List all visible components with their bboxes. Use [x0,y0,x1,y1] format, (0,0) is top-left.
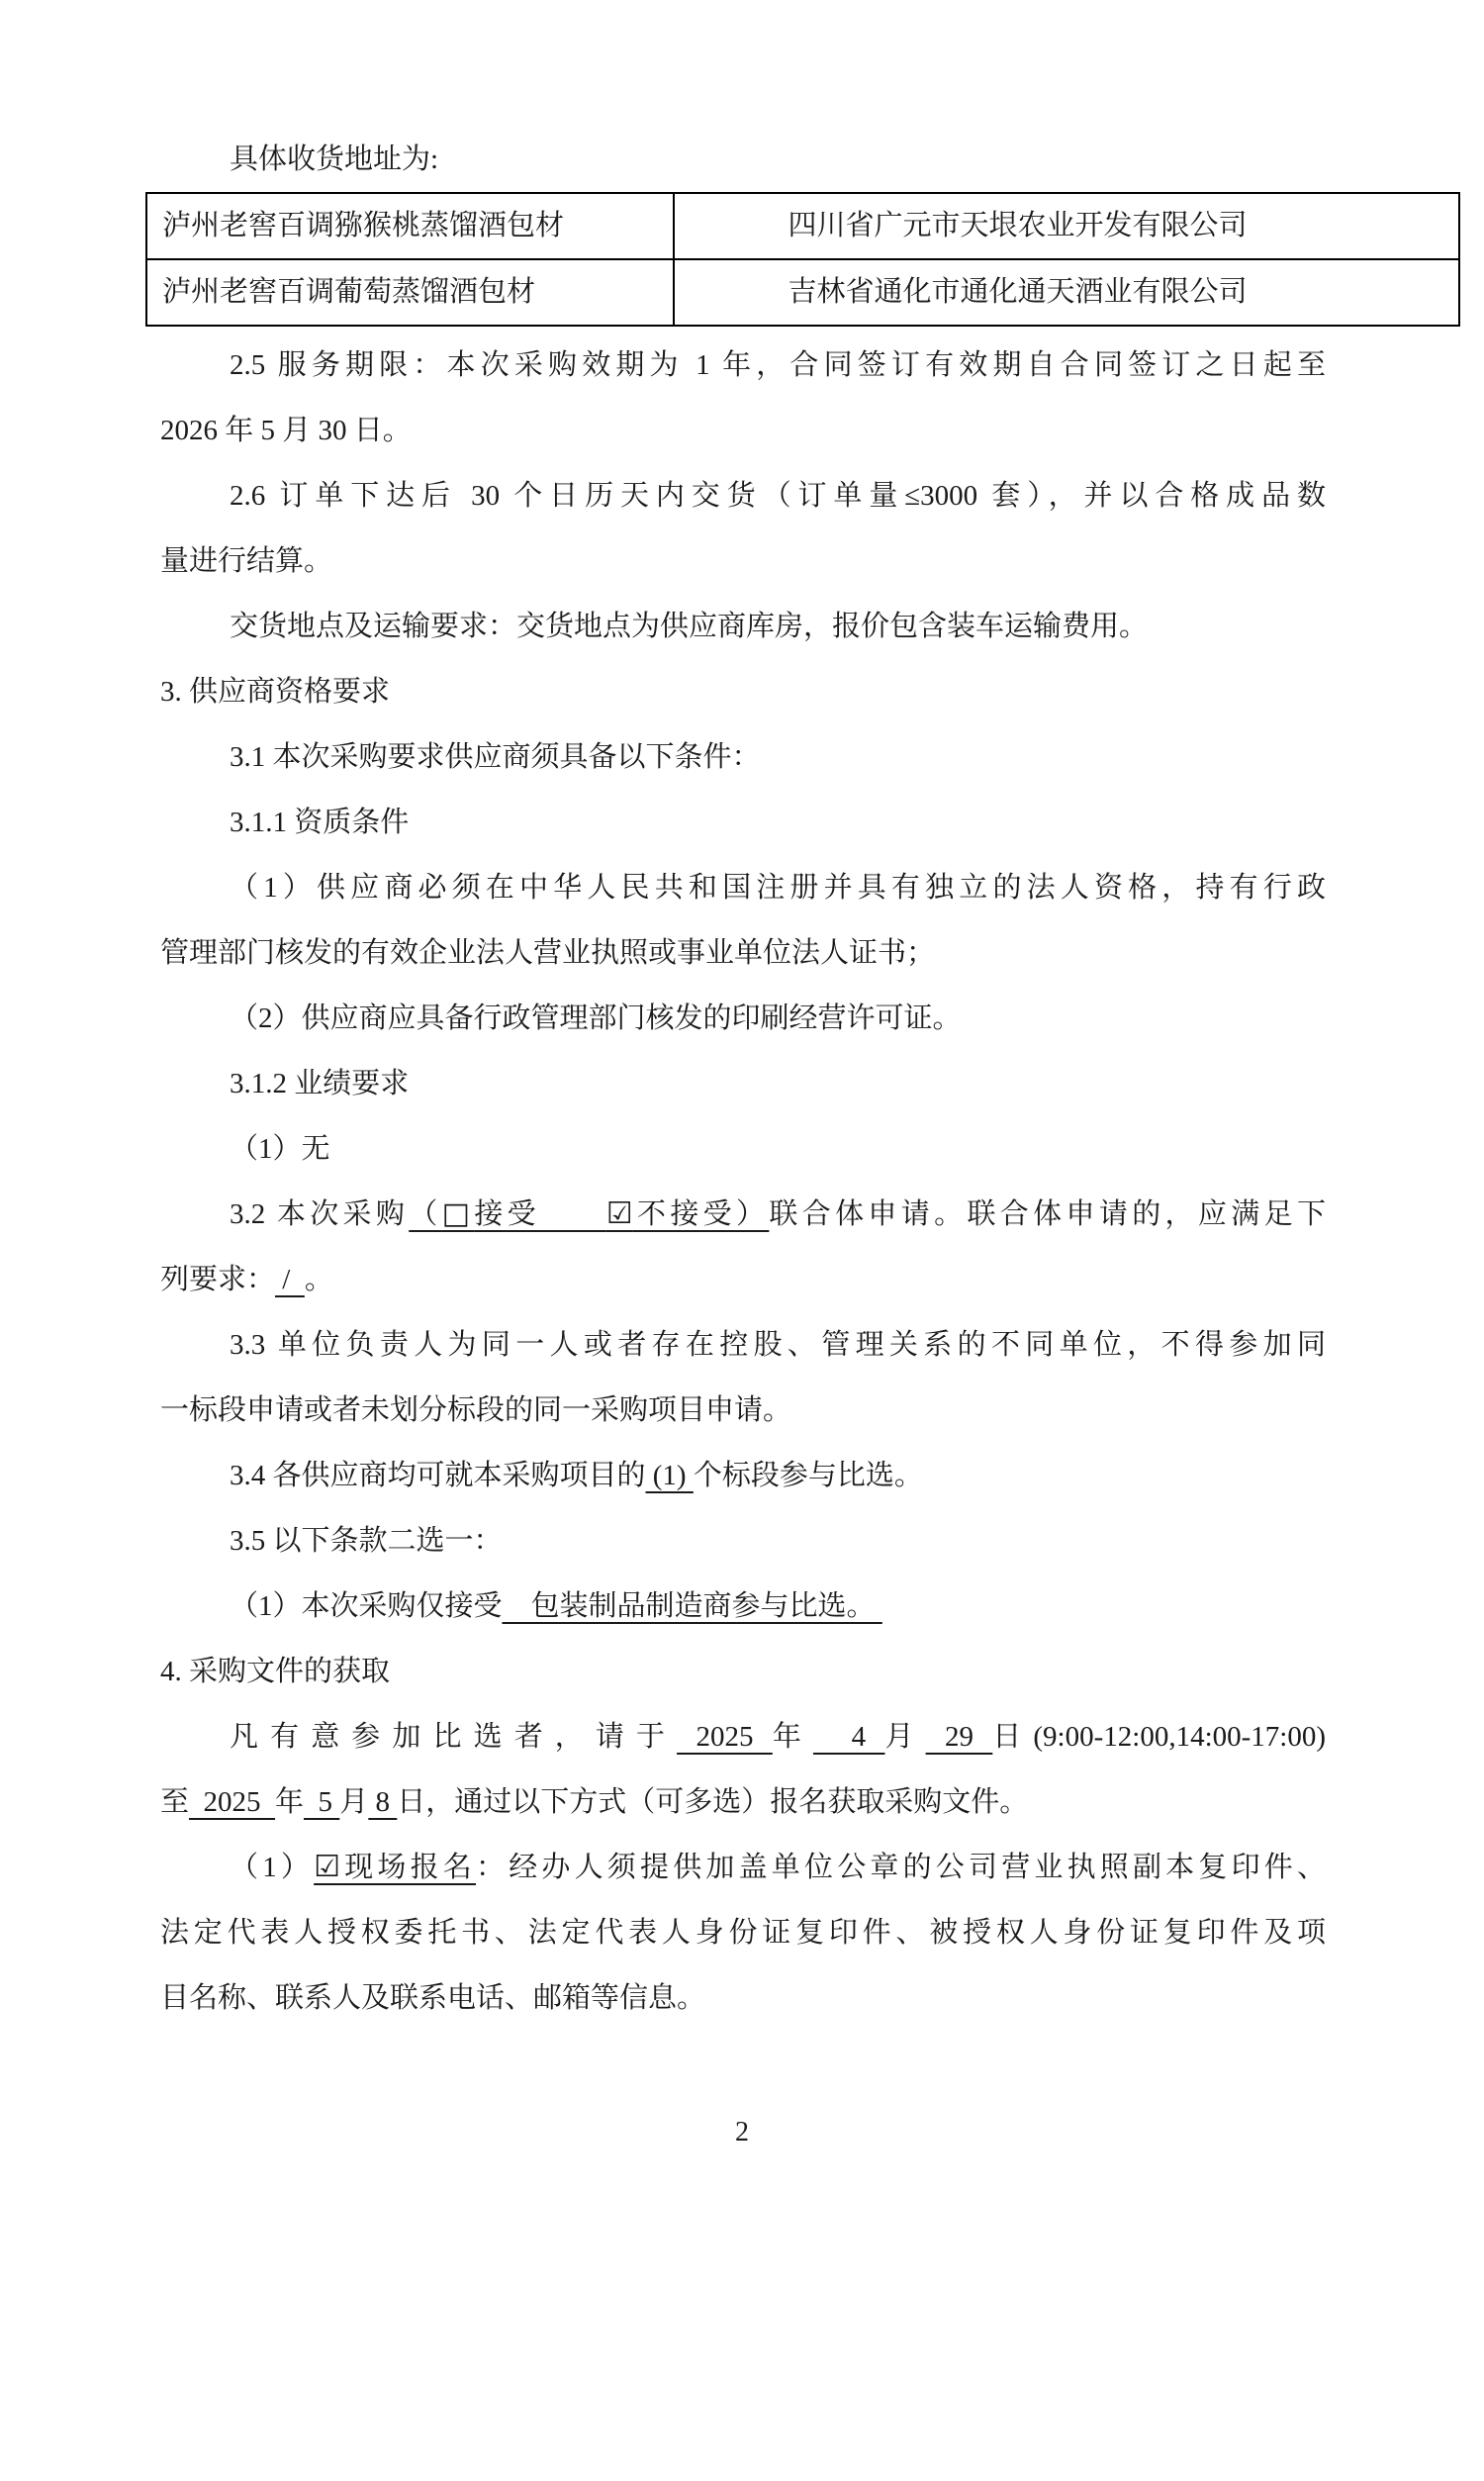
checkbox-checked-icon: ☑ [606,1196,633,1231]
section-title-text: 3. 供应商资格要求 [160,676,390,708]
section-4-title: 4. 采购文件的获取 [160,1639,1326,1704]
paragraph-3-2-line-2: 列要求： / 。 [160,1247,1326,1312]
paragraph-registration-line-2: 至 2025 年 5 月 8 日，通过以下方式（可多选）报名获取采购文件。 [160,1769,1326,1835]
manufacturer-only-underlined: 包装制品制造商参与比选。 [503,1590,882,1622]
paragraph-3-3-line-1: 3.3 单位负责人为同一人或者存在控股、管理关系的不同单位，不得参加同 [160,1312,1326,1378]
page-number: 2 [0,2100,1484,2165]
paragraph-text: 个标段参与比选。 [694,1460,923,1491]
paragraph-text: 一标段申请或者未划分标段的同一采购项目申请。 [160,1394,791,1426]
document-body: 具体收货地址为: 泸州老窖百调猕猴桃蒸馏酒包材 四川省广元市天垠农业开发有限公司… [160,127,1326,2031]
delivery-address-table: 泸州老窖百调猕猴桃蒸馏酒包材 四川省广元市天垠农业开发有限公司 泸州老窖百调葡萄… [145,192,1460,327]
paragraph-text: 3.5 以下条款二选一： [230,1525,503,1557]
paragraph-3-1-2: 3.1.2 业绩要求 [160,1051,1326,1116]
paragraph-text: （1）无 [230,1133,330,1165]
table-cell-material: 泸州老窖百调葡萄蒸馏酒包材 [146,259,674,326]
section-title-text: 4. 采购文件的获取 [160,1656,390,1687]
day-blank-underlined: 29 [926,1721,993,1753]
paragraph-3-4: 3.4 各供应商均可就本采购项目的 (1) 个标段参与比选。 [160,1443,1326,1508]
paragraph-text: 联合体申请。联合体申请的，应满足下 [769,1198,1326,1230]
paragraph-text: 2.5 服务期限：本次采购效期为 1 年，合同签订有效期自合同签订之日起至 [230,349,1326,381]
option-gap [540,1198,606,1230]
paragraph-3-5-option-1: （1）本次采购仅接受 包装制品制造商参与比选。 [160,1574,1326,1639]
paragraph-text: 凡有意参加比选者，请于 [230,1721,677,1753]
paragraph-delivery: 交货地点及运输要求：交货地点为供应商库房，报价包含装车运输费用。 [160,594,1326,659]
paragraph-onsite-line-3: 目名称、联系人及联系电话、邮箱等信息。 [160,1965,1326,2031]
paragraph-text: 目名称、联系人及联系电话、邮箱等信息。 [160,1982,705,2014]
checkbox-unchecked-icon: □ [442,1196,475,1231]
paragraph-text: 3.1.1 资质条件 [230,807,409,838]
day-blank-underlined: 8 [368,1786,397,1818]
section-3-title: 3. 供应商资格要求 [160,659,1326,724]
month-label: 月 [339,1786,368,1818]
paragraph-text: 3.3 单位负责人为同一人或者存在控股、管理关系的不同单位，不得参加同 [230,1329,1326,1361]
paragraph-text: 交货地点及运输要求：交货地点为供应商库房，报价包含装车运输费用。 [230,611,1148,642]
paragraph-performance-none: （1）无 [160,1116,1326,1182]
paren-open: （ [409,1198,441,1230]
table-row: 泸州老窖百调葡萄蒸馏酒包材 吉林省通化市通化通天酒业有限公司 [146,259,1459,326]
lot-count-underlined: (1) [646,1460,694,1491]
paragraph-qualification-1-line-2: 管理部门核发的有效企业法人营业执照或事业单位法人证书； [160,920,1326,986]
paragraph-text: （1）供应商必须在中华人民共和国注册并具有独立的法人资格，持有行政 [230,872,1326,904]
paragraph-text: 法定代表人授权委托书、法定代表人身份证复印件、被授权人身份证复印件及项 [160,1917,1326,1949]
table-cell-material: 泸州老窖百调猕猴桃蒸馏酒包材 [146,193,674,259]
onsite-option-underlined: ☑现场报名 [314,1852,476,1883]
paragraph-onsite-line-2: 法定代表人授权委托书、法定代表人身份证复印件、被授权人身份证复印件及项 [160,1900,1326,1965]
month-label: 月 [884,1721,925,1753]
acceptance-options-underlined: （□接受 ☑不接受） [409,1198,769,1230]
checkbox-checked-icon: ☑ [314,1850,340,1884]
month-blank-underlined: 4 [813,1721,885,1753]
table-row: 泸州老窖百调猕猴桃蒸馏酒包材 四川省广元市天垠农业开发有限公司 [146,193,1459,259]
paragraph-3-2-line-1: 3.2 本次采购（□接受 ☑不接受）联合体申请。联合体申请的，应满足下 [160,1182,1326,1247]
paragraph-qualification-1-line-1: （1）供应商必须在中华人民共和国注册并具有独立的法人资格，持有行政 [160,855,1326,920]
paragraph-text: 3.1.2 业绩要求 [230,1068,409,1099]
paragraph-2-6-line-1: 2.6 订单下达后 30 个日历天内交货（订单量≤3000 套），并以合格成品数 [160,463,1326,528]
intro-heading: 具体收货地址为: [160,127,1326,192]
paragraph-text: 2.6 订单下达后 30 个日历天内交货（订单量≤3000 套），并以合格成品数 [230,480,1326,512]
blank-slash-underlined: / [275,1264,305,1295]
onsite-option-label: 现场报名 [340,1852,476,1883]
table-cell-company: 吉林省通化市通化通天酒业有限公司 [674,259,1459,326]
paragraph-text: 日(9:00-12:00,14:00-17:00) [992,1721,1326,1753]
paragraph-text: 量进行结算。 [160,545,332,577]
paragraph-3-3-line-2: 一标段申请或者未划分标段的同一采购项目申请。 [160,1378,1326,1443]
table-cell-company: 四川省广元市天垠农业开发有限公司 [674,193,1459,259]
year-label: 年 [275,1786,304,1818]
paragraph-text: 至 [160,1786,189,1818]
paragraph-2-5-line-2: 2026 年 5 月 30 日。 [160,398,1326,463]
month-blank-underlined: 5 [304,1786,339,1818]
paragraph-text: ：经办人须提供加盖单位公章的公司营业执照副本复印件、 [476,1852,1326,1883]
year-label: 年 [773,1721,813,1753]
reject-option-label: 不接受） [633,1198,770,1230]
paragraph-text: （1）本次采购仅接受 [230,1590,503,1622]
paragraph-onsite-line-1: （1）☑现场报名：经办人须提供加盖单位公章的公司营业执照副本复印件、 [160,1835,1326,1900]
paragraph-text: 3.4 各供应商均可就本采购项目的 [230,1460,646,1491]
paragraph-2-5-line-1: 2.5 服务期限：本次采购效期为 1 年，合同签订有效期自合同签订之日起至 [160,333,1326,398]
paragraph-3-1-1: 3.1.1 资质条件 [160,790,1326,855]
year-blank-underlined: 2025 [189,1786,275,1818]
paragraph-text: 3.1 本次采购要求供应商须具备以下条件： [230,741,761,773]
paragraph-text: 。 [305,1264,333,1295]
paragraph-text: 列要求： [160,1264,275,1295]
paragraph-3-5: 3.5 以下条款二选一： [160,1508,1326,1574]
accept-option-label: 接受 [474,1198,540,1230]
intro-heading-text: 具体收货地址为: [230,143,438,175]
paragraph-text: （2）供应商应具备行政管理部门核发的印刷经营许可证。 [230,1002,962,1034]
paragraph-2-6-line-2: 量进行结算。 [160,528,1326,594]
paragraph-3-1: 3.1 本次采购要求供应商须具备以下条件： [160,724,1326,790]
paragraph-text: （1） [230,1852,314,1883]
paragraph-registration-line-1: 凡有意参加比选者，请于 2025 年 4 月 29 日(9:00-12:00,1… [160,1704,1326,1769]
paragraph-text: 2026 年 5 月 30 日。 [160,415,412,446]
paragraph-text: 管理部门核发的有效企业法人营业执照或事业单位法人证书； [160,937,935,969]
year-blank-underlined: 2025 [677,1721,773,1753]
document-page: 具体收货地址为: 泸州老窖百调猕猴桃蒸馏酒包材 四川省广元市天垠农业开发有限公司… [0,0,1484,2481]
paragraph-text: 3.2 本次采购 [230,1198,409,1230]
paragraph-qualification-2: （2）供应商应具备行政管理部门核发的印刷经营许可证。 [160,986,1326,1051]
paragraph-text: 日，通过以下方式（可多选）报名获取采购文件。 [397,1786,1028,1818]
